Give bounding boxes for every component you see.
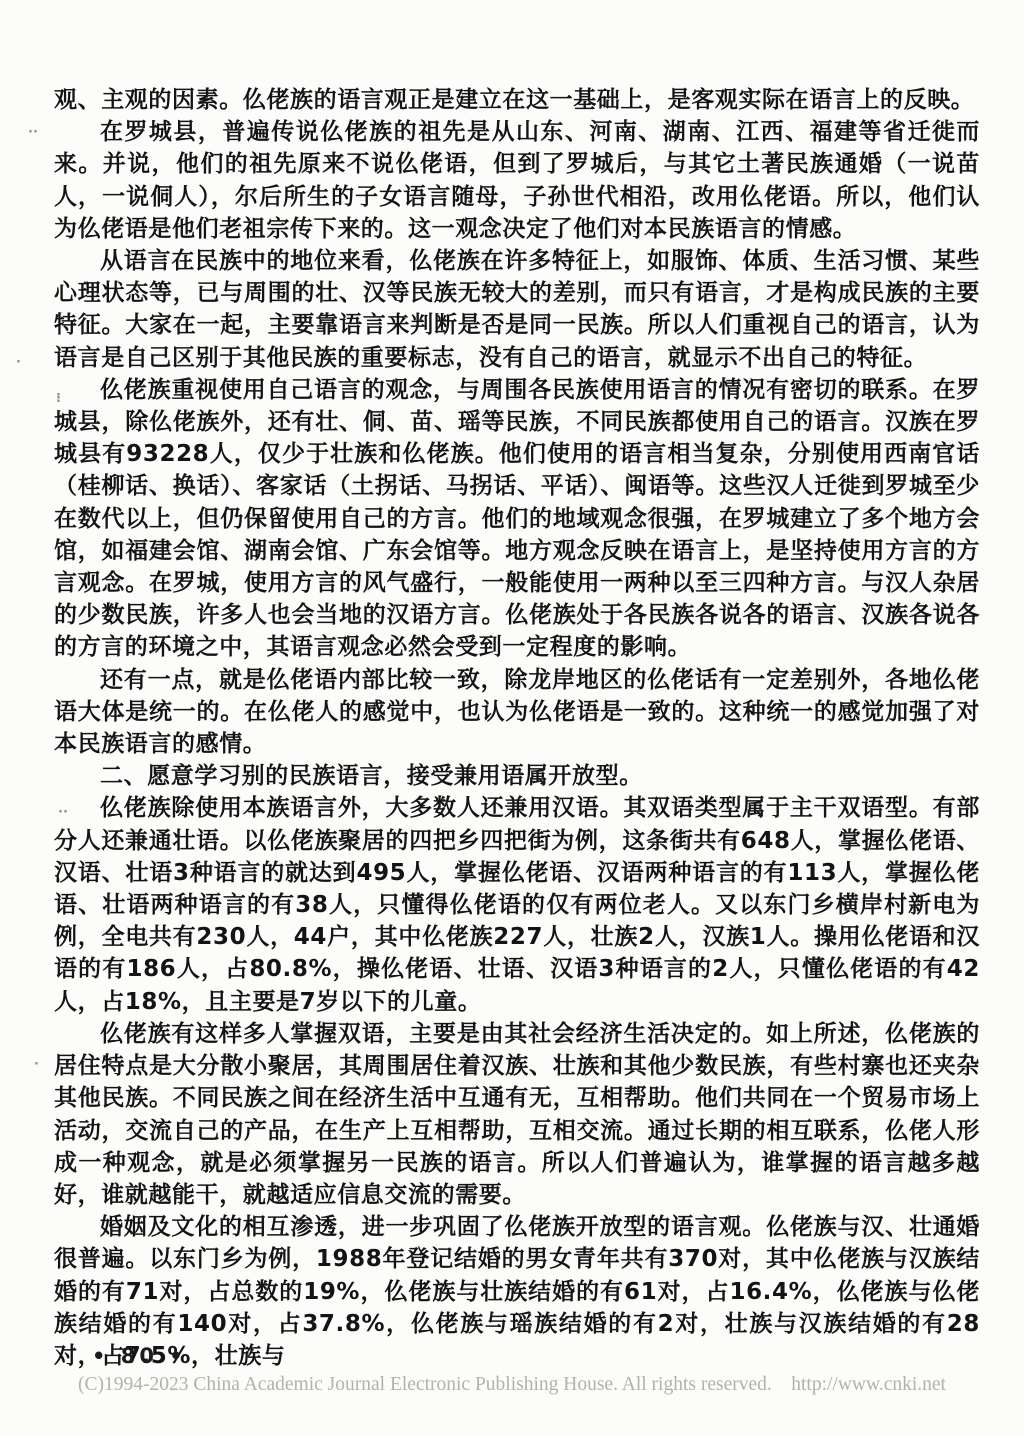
page: 观、主观的因素。仫佬族的语言观正是建立在这一基础上，是客观实际在语言上的反映。在… <box>0 0 1024 1436</box>
paragraph: 还有一点，就是仫佬语内部比较一致，除龙岸地区的仫佬话有一定差别外，各地仫佬语大体… <box>54 664 980 761</box>
paragraph: 婚姻及文化的相互渗透，进一步巩固了仫佬族开放型的语言观。仫佬族与汉、壮通婚很普遍… <box>54 1211 980 1372</box>
paragraph: 从语言在民族中的地位来看，仫佬族在许多特征上，如服饰、体质、生活习惯、某些心理状… <box>54 245 980 374</box>
paragraph: 仫佬族重视使用自己语言的观念，与周围各民族使用语言的情况有密切的联系。在罗城县，… <box>54 374 980 664</box>
scan-artifact: · <box>16 356 21 369</box>
copyright-watermark: (C)1994-2023 China Academic Journal Elec… <box>0 1374 1024 1396</box>
paragraph: 观、主观的因素。仫佬族的语言观正是建立在这一基础上，是客观实际在语言上的反映。 <box>54 84 980 116</box>
paragraph: 仫佬族有这样多人掌握双语，主要是由其社会经济生活决定的。如上所述，仫佬族的居住特… <box>54 1018 980 1211</box>
page-number: • 80 • <box>92 1344 187 1368</box>
scan-artifact: ·· <box>28 126 38 139</box>
document-body: 观、主观的因素。仫佬族的语言观正是建立在这一基础上，是客观实际在语言上的反映。在… <box>54 84 980 1372</box>
scan-artifact: ·· <box>58 806 68 819</box>
scan-artifact: ⁝ <box>56 392 61 405</box>
paragraph: 仫佬族除使用本族语言外，大多数人还兼用汉语。其双语类型属于主干双语型。有部分人还… <box>54 792 980 1017</box>
paragraph: 在罗城县，普遍传说仫佬族的祖先是从山东、河南、湖南、江西、福建等省迁徙而来。并说… <box>54 116 980 245</box>
section-heading: 二、愿意学习别的民族语言，接受兼用语属开放型。 <box>54 760 980 792</box>
scan-artifact: · <box>34 1058 39 1071</box>
